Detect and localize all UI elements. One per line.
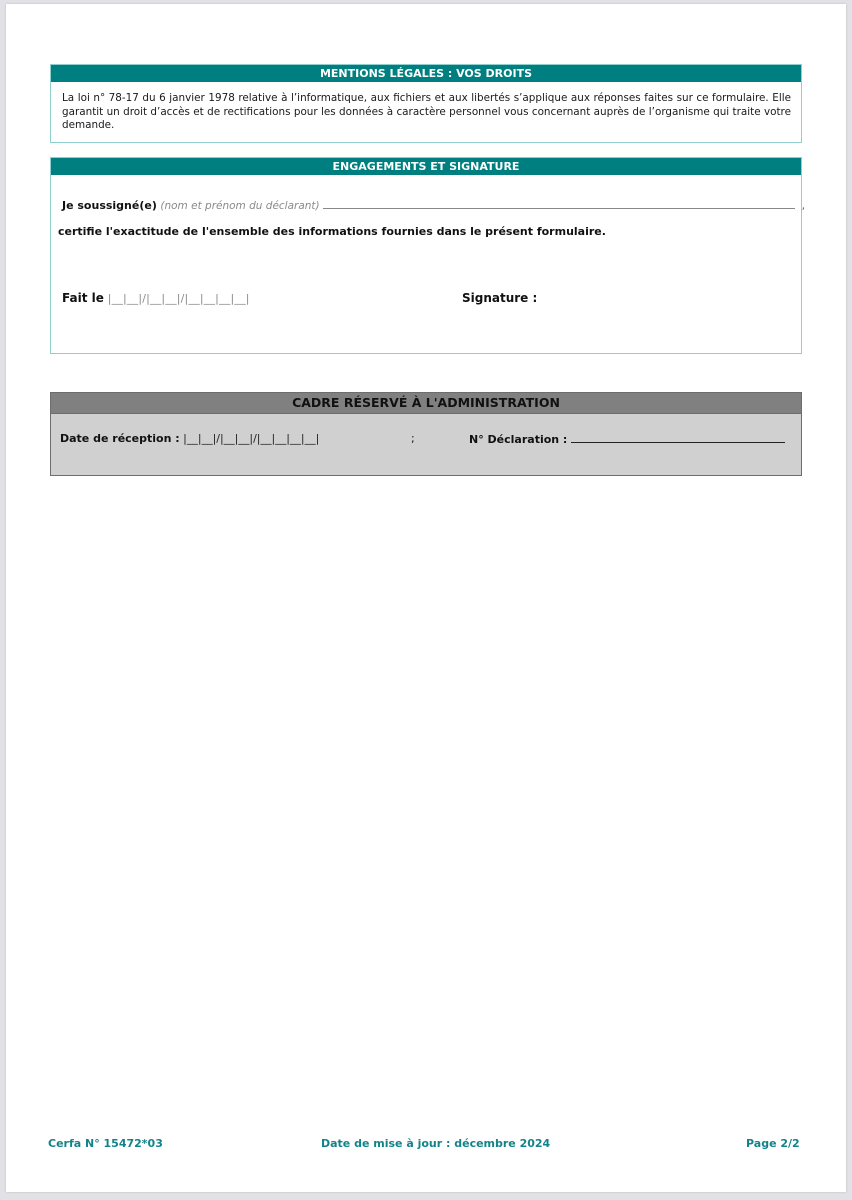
declaration-label: N° Déclaration : [469, 433, 567, 446]
footer-update-date: Date de mise à jour : décembre 2024 [321, 1137, 550, 1150]
undersigned-label: Je soussigné(e) [62, 199, 157, 212]
signature-area[interactable] [541, 283, 791, 343]
form-page: MENTIONS LÉGALES : VOS DROITS La loi n° … [6, 4, 846, 1192]
admin-header: CADRE RÉSERVÉ À L'ADMINISTRATION [51, 393, 801, 414]
footer-page-number: Page 2/2 [746, 1137, 800, 1150]
declaration-number-field[interactable] [571, 432, 785, 443]
undersigned-name-field[interactable] [323, 198, 795, 209]
admin-separator: ; [411, 432, 415, 445]
signature-label: Signature : [462, 291, 537, 305]
signature-section: ENGAGEMENTS ET SIGNATURE Je soussigné(e)… [50, 157, 802, 354]
date-field[interactable]: |__|__|/|__|__|/|__|__|__|__| [108, 292, 250, 305]
certify-text: certifie l'exactitude de l'ensemble des … [58, 225, 606, 238]
date-label: Fait le [62, 291, 104, 305]
reception-row: Date de réception : |__|__|/|__|__|/|__|… [60, 432, 319, 445]
legal-mentions-section: MENTIONS LÉGALES : VOS DROITS La loi n° … [50, 64, 802, 143]
footer-cerfa: Cerfa N° 15472*03 [48, 1137, 163, 1150]
undersigned-hint: (nom et prénom du déclarant) [160, 200, 319, 212]
undersigned-suffix: , [802, 199, 806, 212]
declaration-row: N° Déclaration : [469, 432, 785, 446]
reception-label: Date de réception : [60, 432, 180, 445]
date-row: Fait le |__|__|/|__|__|/|__|__|__|__| [62, 291, 250, 305]
undersigned-row: Je soussigné(e) (nom et prénom du déclar… [62, 198, 805, 212]
admin-section: CADRE RÉSERVÉ À L'ADMINISTRATION Date de… [50, 392, 802, 476]
signature-header: ENGAGEMENTS ET SIGNATURE [51, 158, 801, 175]
reception-date-field[interactable]: |__|__|/|__|__|/|__|__|__|__| [183, 432, 319, 445]
legal-mentions-text: La loi n° 78-17 du 6 janvier 1978 relati… [62, 92, 791, 133]
legal-mentions-header: MENTIONS LÉGALES : VOS DROITS [51, 65, 801, 82]
